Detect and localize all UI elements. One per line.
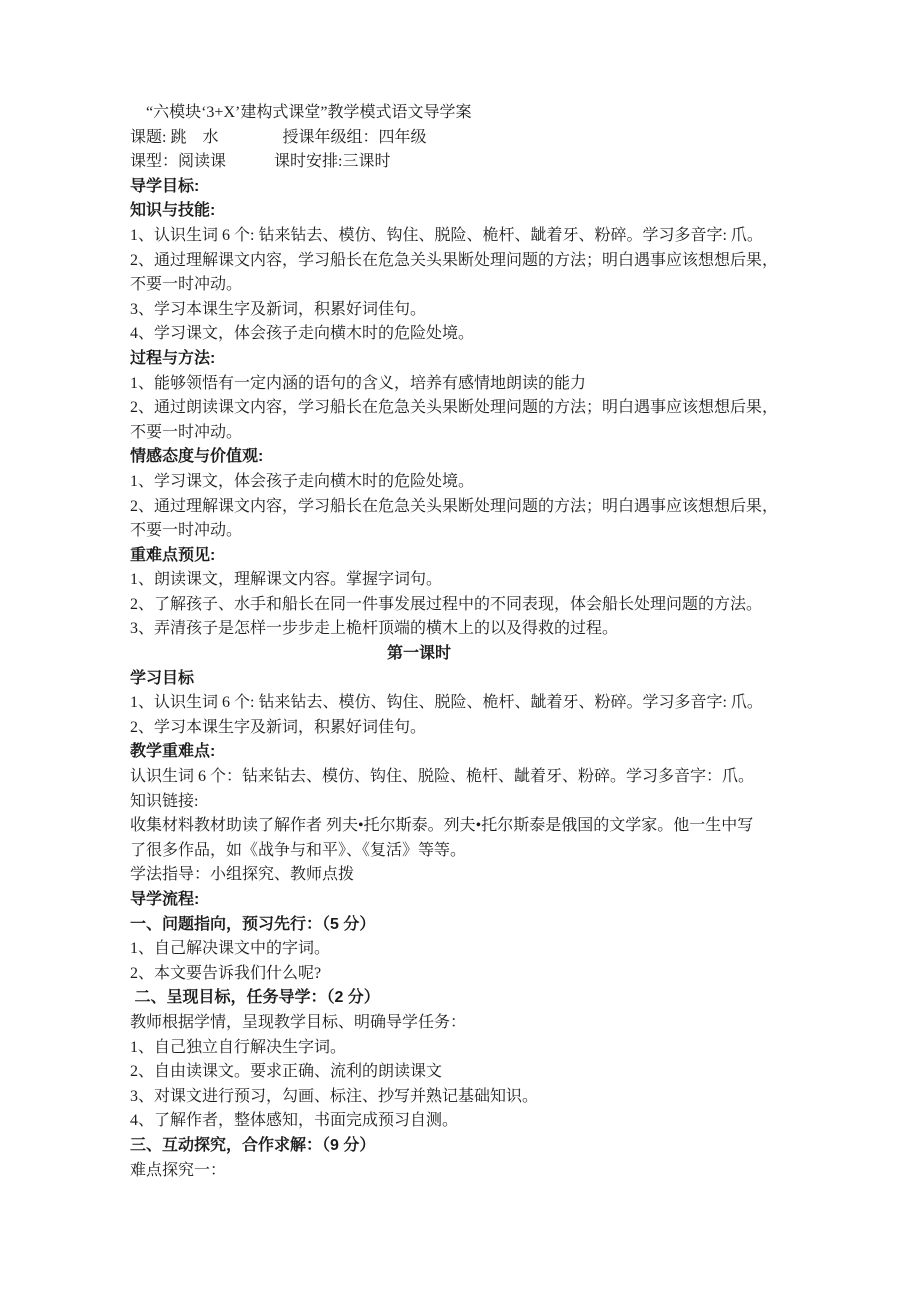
text-line: 不要一时冲动。	[130, 421, 798, 446]
text-line: 2、通过理解课文内容，学习船长在危急关头果断处理问题的方法；明白遇事应该想想后果…	[130, 495, 798, 520]
section-heading: 知识与技能:	[130, 199, 798, 224]
section-heading: 情感态度与价值观:	[130, 445, 798, 470]
text-line: 1、认识生词 6 个: 钻来钻去、模仿、钩住、脱险、桅杆、龇着牙、粉碎。学习多音…	[130, 691, 798, 716]
text-line: 1、能够领悟有一定内涵的语句的含义，培养有感情地朗读的能力	[130, 372, 798, 397]
document-content: “六模块‘3+X’建构式课堂”教学模式语文导学案课题: 跳 水 授课年级组：四年…	[130, 101, 798, 1183]
text-line: 2、本文要告诉我们什么呢?	[130, 962, 798, 987]
text-line: 3、对课文进行预习，勾画、标注、抄写并熟记基础知识。	[130, 1085, 798, 1110]
document-page: “六模块‘3+X’建构式课堂”教学模式语文导学案课题: 跳 水 授课年级组：四年…	[0, 0, 920, 1302]
text-line: 课题: 跳 水 授课年级组：四年级	[130, 126, 798, 151]
text-line: 3、学习本课生字及新词，积累好词佳句。	[130, 298, 798, 323]
text-line: 2、自由读课文。要求正确、流利的朗读课文	[130, 1060, 798, 1085]
text-line: 1、朗读课文，理解课文内容。掌握字词句。	[130, 568, 798, 593]
section-heading: 导学目标:	[130, 175, 798, 200]
text-line: 1、自己独立自行解决生字词。	[130, 1036, 798, 1061]
section-heading: 教学重难点:	[130, 740, 798, 765]
lesson-section-heading: 第一课时	[130, 642, 798, 667]
text-line: 认识生词 6 个：钻来钻去、模仿、钩住、脱险、桅杆、龇着牙、粉碎。学习多音字：爪…	[130, 765, 798, 790]
text-line: 教师根据学情，呈现教学目标、明确导学任务：	[130, 1011, 798, 1036]
text-line: 2、通过朗读课文内容，学习船长在危急关头果断处理问题的方法；明白遇事应该想想后果…	[130, 396, 798, 421]
text-line: 4、了解作者，整体感知，书面完成预习自测。	[130, 1109, 798, 1134]
text-line: 收集材料教材助读了解作者 列夫•托尔斯泰。列夫•托尔斯泰是俄国的文学家。他一生中…	[130, 814, 798, 839]
section-heading: 二、呈现目标，任务导学：（2 分）	[130, 986, 798, 1011]
section-heading: 三、互动探究，合作求解：（9 分）	[130, 1134, 798, 1159]
section-heading: 一、问题指向，预习先行：（5 分）	[130, 913, 798, 938]
text-line: 2、了解孩子、水手和船长在同一件事发展过程中的不同表现，体会船长处理问题的方法。	[130, 593, 798, 618]
text-line: 1、学习课文，体会孩子走向横木时的危险处境。	[130, 470, 798, 495]
text-line: 2、学习本课生字及新词，积累好词佳句。	[130, 716, 798, 741]
text-line: 4、学习课文，体会孩子走向横木时的危险处境。	[130, 322, 798, 347]
text-line: 3、弄清孩子是怎样一步步走上桅杆顶端的横木上的以及得救的过程。	[130, 617, 798, 642]
section-heading: 重难点预见:	[130, 544, 798, 569]
section-heading: 学习目标	[130, 667, 798, 692]
text-line: 课型：阅读课 课时安排:三课时	[130, 150, 798, 175]
document-title: “六模块‘3+X’建构式课堂”教学模式语文导学案	[130, 101, 798, 126]
section-heading: 导学流程:	[130, 888, 798, 913]
text-line: 学法指导：小组探究、教师点拨	[130, 863, 798, 888]
text-line: 1、认识生词 6 个: 钻来钻去、模仿、钩住、脱险、桅杆、龇着牙、粉碎。学习多音…	[130, 224, 798, 249]
text-line: 1、自己解决课文中的字词。	[130, 937, 798, 962]
text-line: 知识链接:	[130, 790, 798, 815]
section-heading: 过程与方法:	[130, 347, 798, 372]
text-line: 不要一时冲动。	[130, 519, 798, 544]
text-line: 不要一时冲动。	[130, 273, 798, 298]
text-line: 了很多作品，如《战争与和平》、《复活》等等。	[130, 839, 798, 864]
text-line: 2、通过理解课文内容，学习船长在危急关头果断处理问题的方法；明白遇事应该想想后果…	[130, 249, 798, 274]
text-line: 难点探究一：	[130, 1159, 798, 1184]
